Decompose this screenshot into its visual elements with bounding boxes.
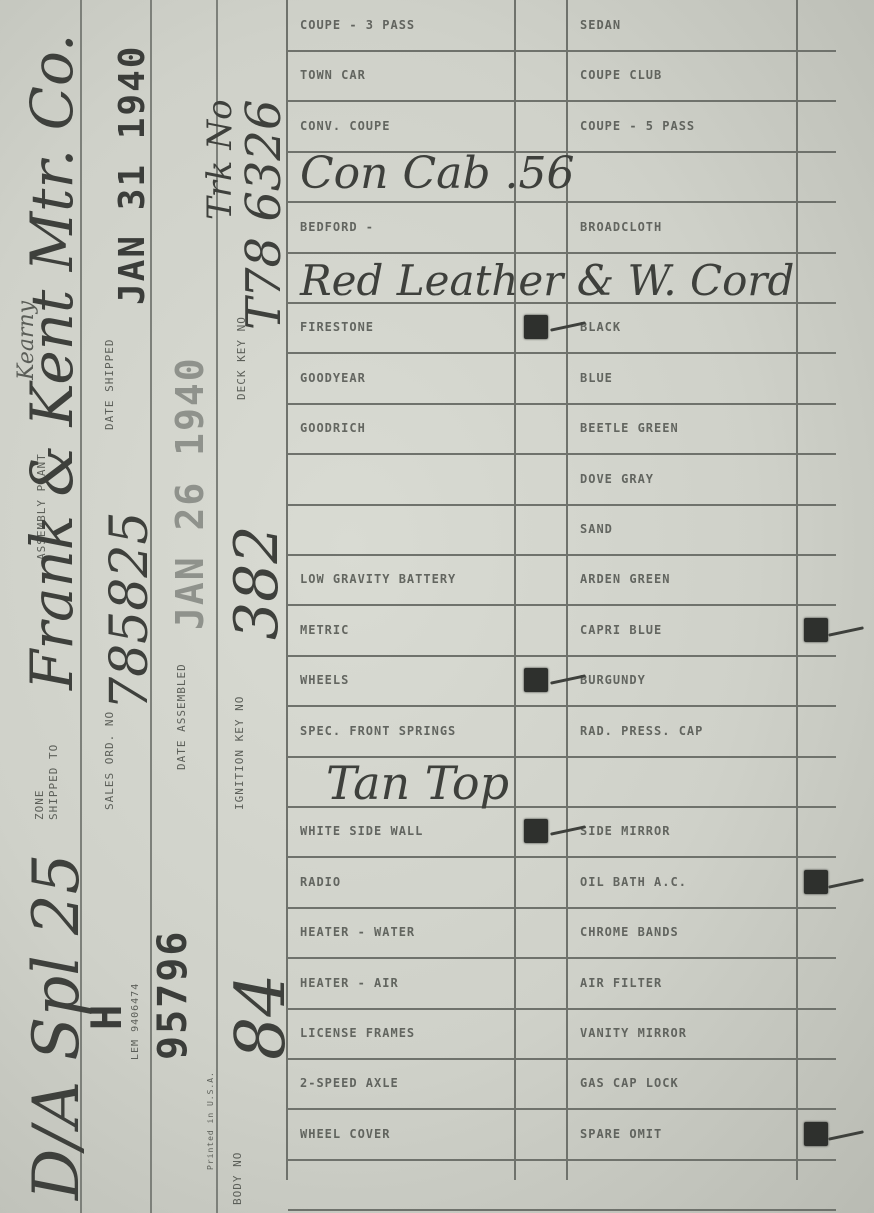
deck-key-note: Trk No [200, 99, 240, 220]
option-label-right [580, 756, 790, 806]
checkbox-mark[interactable] [524, 819, 548, 843]
ignition-key-no-value: 382 [222, 525, 292, 640]
option-label-left: WHITE SIDE WALL [300, 806, 510, 856]
date-assembled-value: JAN 26 1940 [168, 356, 212, 630]
option-label-left: SPEC. FRONT SPRINGS [300, 706, 510, 756]
option-label-left [300, 1159, 510, 1209]
option-label-right [580, 151, 790, 201]
option-row: GOODRICHBEETLE GREEN [288, 403, 836, 455]
option-label-right: BROADCLOTH [580, 202, 790, 252]
option-row: CONV. COUPECOUPE - 5 PASS [288, 101, 836, 153]
option-label-left: HEATER - WATER [300, 907, 510, 957]
option-label-right: SPARE OMIT [580, 1109, 790, 1159]
option-row: LICENSE FRAMESVANITY MIRROR [288, 1008, 836, 1060]
shipped-to-value: Frank & Kent Mtr. Co. [18, 34, 86, 690]
option-label-right: OIL BATH A.C. [580, 857, 790, 907]
option-label-right: SAND [580, 504, 790, 554]
option-label-left: WHEELS [300, 655, 510, 705]
option-label-left: METRIC [300, 605, 510, 655]
option-label-right: COUPE - 5 PASS [580, 101, 790, 151]
option-label-left: HEATER - AIR [300, 958, 510, 1008]
option-label-left: WHEEL COVER [300, 1109, 510, 1159]
option-label-right: SEDAN [580, 0, 790, 50]
deck-key-no-value: T78 6326 [236, 99, 292, 330]
option-row: HEATER - WATERCHROME BANDS [288, 907, 836, 959]
checkbox-mark[interactable] [804, 618, 828, 642]
note-top: Tan Top [326, 756, 509, 810]
option-row: WHEEL COVERSPARE OMIT [288, 1109, 836, 1161]
option-label-left: GOODYEAR [300, 353, 510, 403]
fine-print: Printed in U.S.A. [205, 1071, 217, 1170]
option-label-right: BLACK [580, 302, 790, 352]
option-row: COUPE - 3 PASSSEDAN [288, 0, 836, 52]
checkbox-mark[interactable] [804, 870, 828, 894]
sales-ord-no-label: SALES ORD. NO [104, 711, 116, 810]
option-row: GOODYEARBLUE [288, 353, 836, 405]
option-row: TOWN CARCOUPE CLUB [288, 50, 836, 102]
option-label-right: CHROME BANDS [580, 907, 790, 957]
option-label-right: AIR FILTER [580, 958, 790, 1008]
option-row: RADIOOIL BATH A.C. [288, 857, 836, 909]
option-label-left: GOODRICH [300, 403, 510, 453]
option-label-left: LICENSE FRAMES [300, 1008, 510, 1058]
option-label-left: LOW GRAVITY BATTERY [300, 554, 510, 604]
option-row: HEATER - AIRAIR FILTER [288, 958, 836, 1010]
option-row: 2-SPEED AXLEGAS CAP LOCK [288, 1058, 836, 1110]
option-label-right: GAS CAP LOCK [580, 1058, 790, 1108]
note-upholstery: Red Leather & W. Cord [300, 256, 794, 305]
lem-number: LEM 9406474 [130, 983, 142, 1060]
option-label-right: BURGUNDY [580, 655, 790, 705]
date-assembled-label: DATE ASSEMBLED [176, 663, 188, 770]
option-label-right: COUPE CLUB [580, 50, 790, 100]
option-row: LOW GRAVITY BATTERYARDEN GREEN [288, 554, 836, 606]
header-strip: ASSEMBLY PLANT Kearny ZONE SHIPPED TO Fr… [0, 0, 286, 1213]
option-row: METRICCAPRI BLUE [288, 605, 836, 657]
shipped-to-label: SHIPPED TO [48, 744, 60, 820]
checkbox-mark[interactable] [804, 1122, 828, 1146]
serial-prefix: H [82, 1003, 131, 1030]
option-label-right [580, 1159, 790, 1209]
serial-number: 95796 [150, 930, 196, 1060]
option-label-right: BEETLE GREEN [580, 403, 790, 453]
option-label-right: CAPRI BLUE [580, 605, 790, 655]
option-row: BEDFORD -BROADCLOTH [288, 202, 836, 254]
sales-ord-no-value: 785825 [100, 511, 160, 710]
zone-label: ZONE [34, 790, 46, 821]
option-row [288, 1159, 836, 1211]
option-label-left [300, 454, 510, 504]
option-row: SPEC. FRONT SPRINGSRAD. PRESS. CAP [288, 706, 836, 758]
option-label-left: CONV. COUPE [300, 101, 510, 151]
option-label-left [300, 504, 510, 554]
body-no-label: BODY NO [232, 1152, 244, 1205]
ignition-key-no-label: IGNITION KEY NO [234, 696, 246, 810]
option-row: SAND [288, 504, 836, 556]
option-label-right: DOVE GRAY [580, 454, 790, 504]
note-body-type: Con Cab .56 [300, 148, 575, 199]
production-sheet: ASSEMBLY PLANT Kearny ZONE SHIPPED TO Fr… [0, 0, 874, 1213]
option-label-right: SIDE MIRROR [580, 806, 790, 856]
option-label-left: BEDFORD - [300, 202, 510, 252]
option-label-left: 2-SPEED AXLE [300, 1058, 510, 1108]
option-label-left: FIRESTONE [300, 302, 510, 352]
option-label-right: VANITY MIRROR [580, 1008, 790, 1058]
option-label-right: BLUE [580, 353, 790, 403]
date-shipped-value: JAN 31 1940 [112, 45, 153, 305]
option-row: DOVE GRAY [288, 454, 836, 506]
option-label-left: TOWN CAR [300, 50, 510, 100]
option-label-right: RAD. PRESS. CAP [580, 706, 790, 756]
option-label-right: ARDEN GREEN [580, 554, 790, 604]
checkbox-mark[interactable] [524, 668, 548, 692]
checkbox-mark[interactable] [524, 315, 548, 339]
option-label-left: COUPE - 3 PASS [300, 0, 510, 50]
option-label-left: RADIO [300, 857, 510, 907]
date-shipped-label: DATE SHIPPED [104, 339, 116, 430]
